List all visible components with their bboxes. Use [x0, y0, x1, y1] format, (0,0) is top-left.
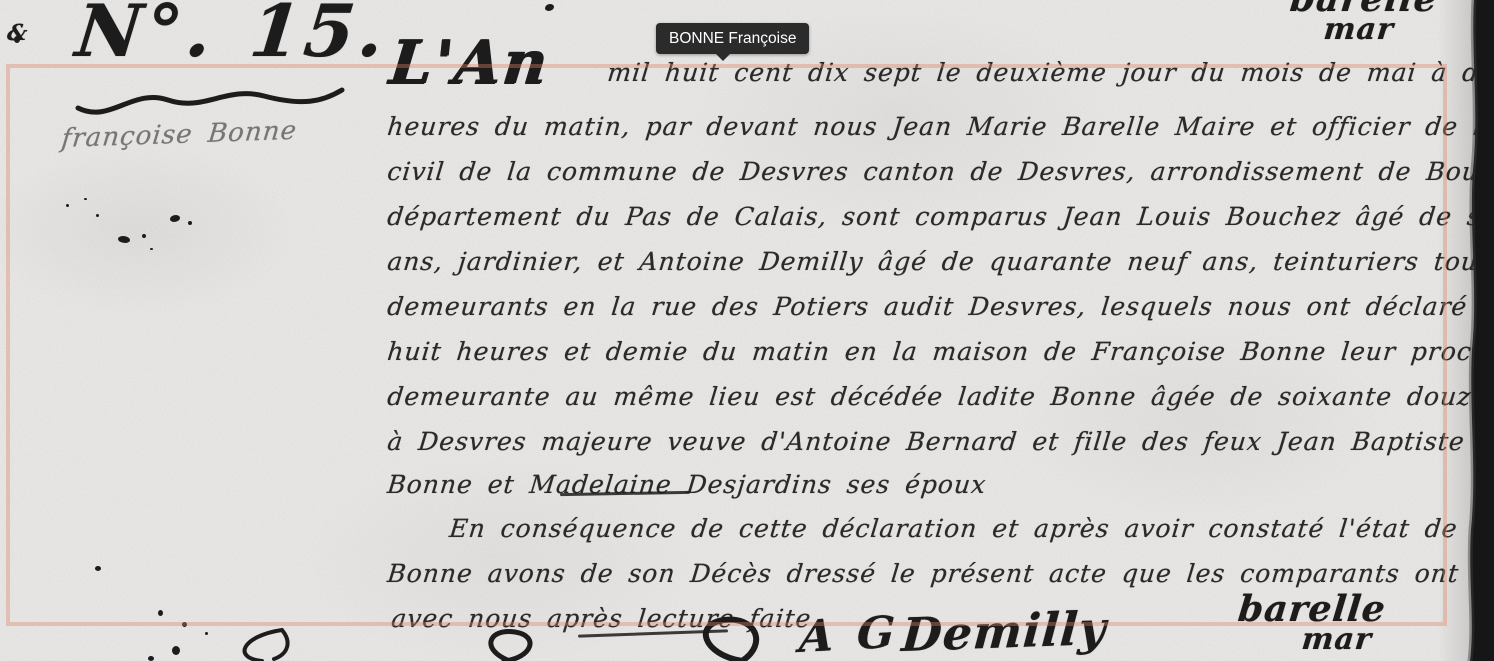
record-number: N°. 15. [72, 0, 392, 73]
tooltip: BONNE Françoise [656, 23, 809, 54]
ink-speck [148, 656, 154, 661]
signature-flourish [470, 620, 590, 661]
ink-speck [205, 632, 208, 635]
ink-speck [545, 4, 554, 11]
ink-speck [172, 646, 180, 655]
signature-barelle-line2: mar [1300, 622, 1374, 657]
record-viewer: & N°. 15. françoise Bonne L'An mi [0, 0, 1494, 661]
signature-flourish [222, 628, 302, 661]
annotation-highlight-box[interactable] [6, 64, 1447, 626]
scan-edge-band [1460, 0, 1494, 661]
tooltip-label: BONNE Françoise [669, 30, 796, 47]
ink-speck [14, 36, 20, 43]
signature-barelle-top-line2: mar [1322, 12, 1396, 47]
